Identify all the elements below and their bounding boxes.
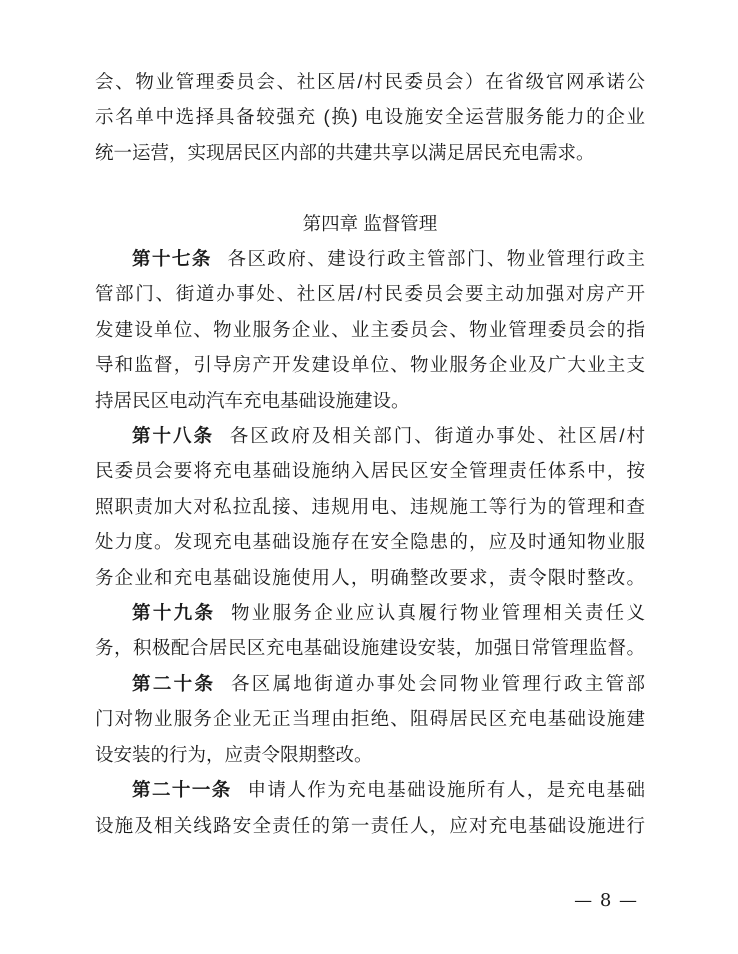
document-line: 发建设单位、物业服务企业、业主委员会、物业管理委员会的指 (95, 312, 645, 347)
document-page: 会、物业管理委员会、社区居/村民委员会）在省级官网承诺公示名单中选择具备较强充 … (0, 0, 738, 954)
document-line: 导和监督，引导房产开发建设单位、物业服务企业及广大业主支 (95, 347, 645, 382)
document-line: 设施及相关线路安全责任的第一责任人，应对充电基础设施进行 (95, 808, 645, 843)
article-number: 第十七条 (132, 248, 212, 269)
document-line: 第十八条各区政府及相关部门、街道办事处、社区居/村 (95, 418, 645, 453)
document-line: 照职责加大对私拉乱接、违规用电、违规施工等行为的管理和查 (95, 489, 645, 524)
document-line: 处力度。发现充电基础设施存在安全隐患的，应及时通知物业服 (95, 524, 645, 559)
document-line: 示名单中选择具备较强充 (换) 电设施安全运营服务能力的企业 (95, 99, 645, 134)
document-line: 设安装的行为，应责令限期整改。 (95, 737, 645, 772)
document-line: 门对物业服务企业无正当理由拒绝、阻碍居民区充电基础设施建 (95, 701, 645, 736)
document-line: 管部门、街道办事处、社区居/村民委员会要主动加强对房产开 (95, 276, 645, 311)
document-body: 会、物业管理委员会、社区居/村民委员会）在省级官网承诺公示名单中选择具备较强充 … (95, 64, 645, 843)
chapter-heading: 第四章 监督管理 (95, 206, 645, 241)
document-line: 会、物业管理委员会、社区居/村民委员会）在省级官网承诺公 (95, 64, 645, 99)
document-line: 持居民区电动汽车充电基础设施建设。 (95, 383, 645, 418)
blank-line (95, 170, 645, 205)
document-line: 民委员会要将充电基础设施纳入居民区安全管理责任体系中，按 (95, 453, 645, 488)
article-number: 第二十一条 (132, 779, 232, 800)
article-number: 第十九条 (132, 602, 215, 623)
document-line: 第二十一条申请人作为充电基础设施所有人，是充电基础 (95, 772, 645, 807)
page-number: — 8 — (574, 890, 638, 911)
document-line: 第二十条各区属地街道办事处会同物业管理行政主管部 (95, 666, 645, 701)
document-line: 第十七条各区政府、建设行政主管部门、物业管理行政主 (95, 241, 645, 276)
article-number: 第二十条 (132, 673, 215, 694)
document-line: 务企业和充电基础设施使用人，明确整改要求，责令限时整改。 (95, 560, 645, 595)
document-line: 第十九条物业服务企业应认真履行物业管理相关责任义 (95, 595, 645, 630)
document-line: 务，积极配合居民区充电基础设施建设安装，加强日常管理监督。 (95, 630, 645, 665)
article-number: 第十八条 (132, 425, 214, 446)
document-line: 统一运营，实现居民区内部的共建共享以满足居民充电需求。 (95, 135, 645, 170)
